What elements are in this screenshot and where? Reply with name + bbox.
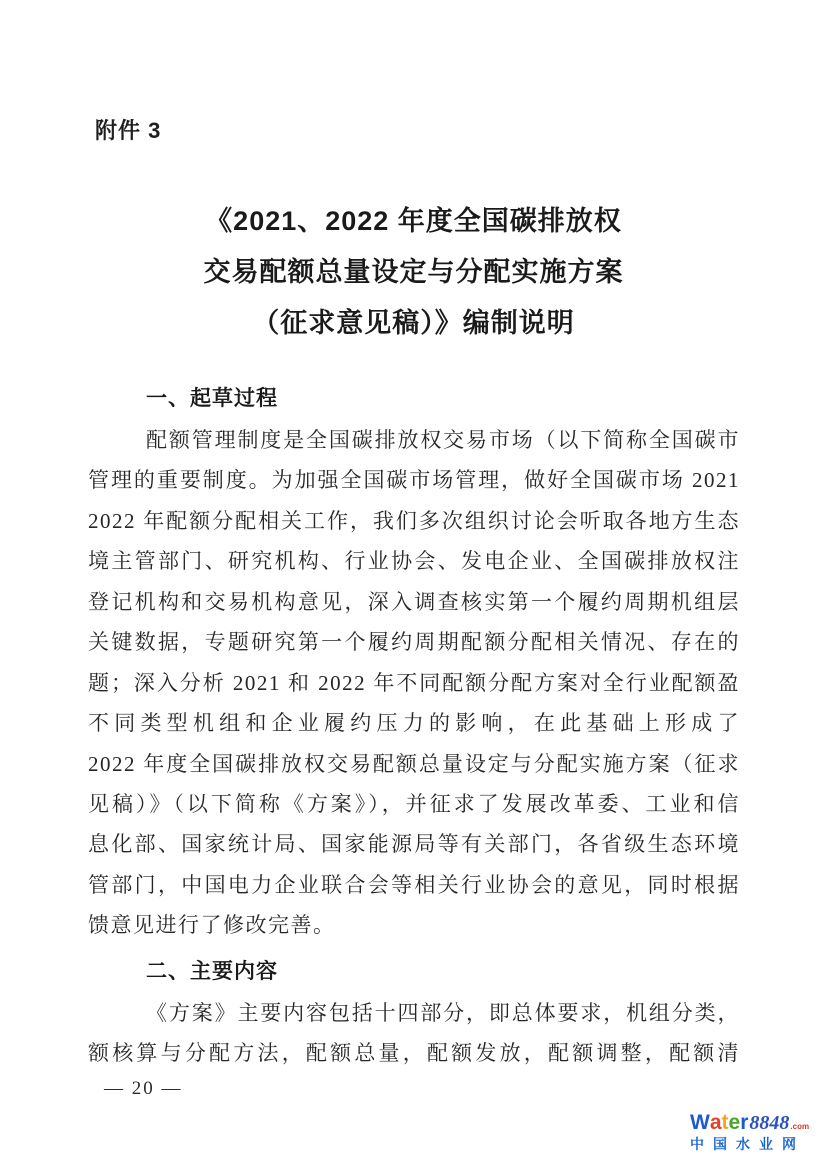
title-line-2: 交易配额总量设定与分配实施方案 — [0, 247, 827, 298]
body-line: 馈意见进行了修改完善。 — [88, 905, 740, 945]
body-line: 《方案》主要内容包括十四部分，即总体要求，机组分类，配 — [88, 993, 740, 1033]
watermark-letter: t — [722, 1112, 729, 1133]
watermark-tld: .com — [790, 1123, 809, 1131]
attachment-label: 附件 3 — [95, 114, 161, 145]
watermark-logo[interactable]: W a t e r 8848 .com 中国水业网 — [690, 1112, 827, 1151]
body-line: 额核算与分配方法，配额总量，配额发放，配额调整，配额清缴， — [88, 1033, 740, 1073]
section-heading-main-content: 二、主要内容 — [88, 951, 740, 993]
body-line: 配额管理制度是全国碳排放权交易市场（以下简称全国碳市场） — [88, 420, 740, 460]
body-line: 2022 年度全国碳排放权交易配额总量设定与分配实施方案（征求意 — [88, 744, 740, 784]
body-line: 不同类型机组和企业履约压力的影响，在此基础上形成了《2021、 — [88, 703, 740, 743]
watermark-number: 8848 — [749, 1113, 789, 1133]
watermark-letter: r — [740, 1112, 748, 1133]
watermark-letter: a — [710, 1112, 722, 1133]
document-body: 一、起草过程 配额管理制度是全国碳排放权交易市场（以下简称全国碳市场） 管理的重… — [88, 378, 740, 1074]
section-heading-drafting-process: 一、起草过程 — [88, 378, 740, 420]
watermark-letter: e — [729, 1112, 741, 1133]
body-line: 2022 年配额分配相关工作，我们多次组织讨论会听取各地方生态环 — [88, 501, 740, 541]
body-line: 见稿）》（以下简称《方案》），并征求了发展改革委、工业和信 — [88, 784, 740, 824]
watermark-letter: W — [690, 1112, 710, 1133]
body-line: 管理的重要制度。为加强全国碳市场管理，做好全国碳市场 2021 和 — [88, 460, 740, 500]
page-number: — 20 — — [104, 1078, 183, 1100]
title-line-3: （征求意见稿）》编制说明 — [0, 298, 827, 349]
body-line: 关键数据，专题研究第一个履约周期配额分配相关情况、存在的问 — [88, 622, 740, 662]
body-line: 题；深入分析 2021 和 2022 年不同配额分配方案对全行业配额盈缺、 — [88, 663, 740, 703]
document-title: 《2021、2022 年度全国碳排放权 交易配额总量设定与分配实施方案 （征求意… — [0, 196, 827, 349]
watermark-subtitle: 中国水业网 — [690, 1137, 827, 1151]
body-line: 登记机构和交易机构意见，深入调查核实第一个履约周期机组层面 — [88, 582, 740, 622]
watermark-wordmark: W a t e r 8848 .com — [690, 1112, 827, 1133]
document-page: 附件 3 《2021、2022 年度全国碳排放权 交易配额总量设定与分配实施方案… — [0, 0, 827, 1169]
body-line: 管部门，中国电力企业联合会等相关行业协会的意见，同时根据反 — [88, 865, 740, 905]
body-line: 息化部、国家统计局、国家能源局等有关部门，各省级生态环境主 — [88, 824, 740, 864]
title-line-1: 《2021、2022 年度全国碳排放权 — [0, 196, 827, 247]
body-line: 境主管部门、研究机构、行业协会、发电企业、全国碳排放权注册 — [88, 541, 740, 581]
